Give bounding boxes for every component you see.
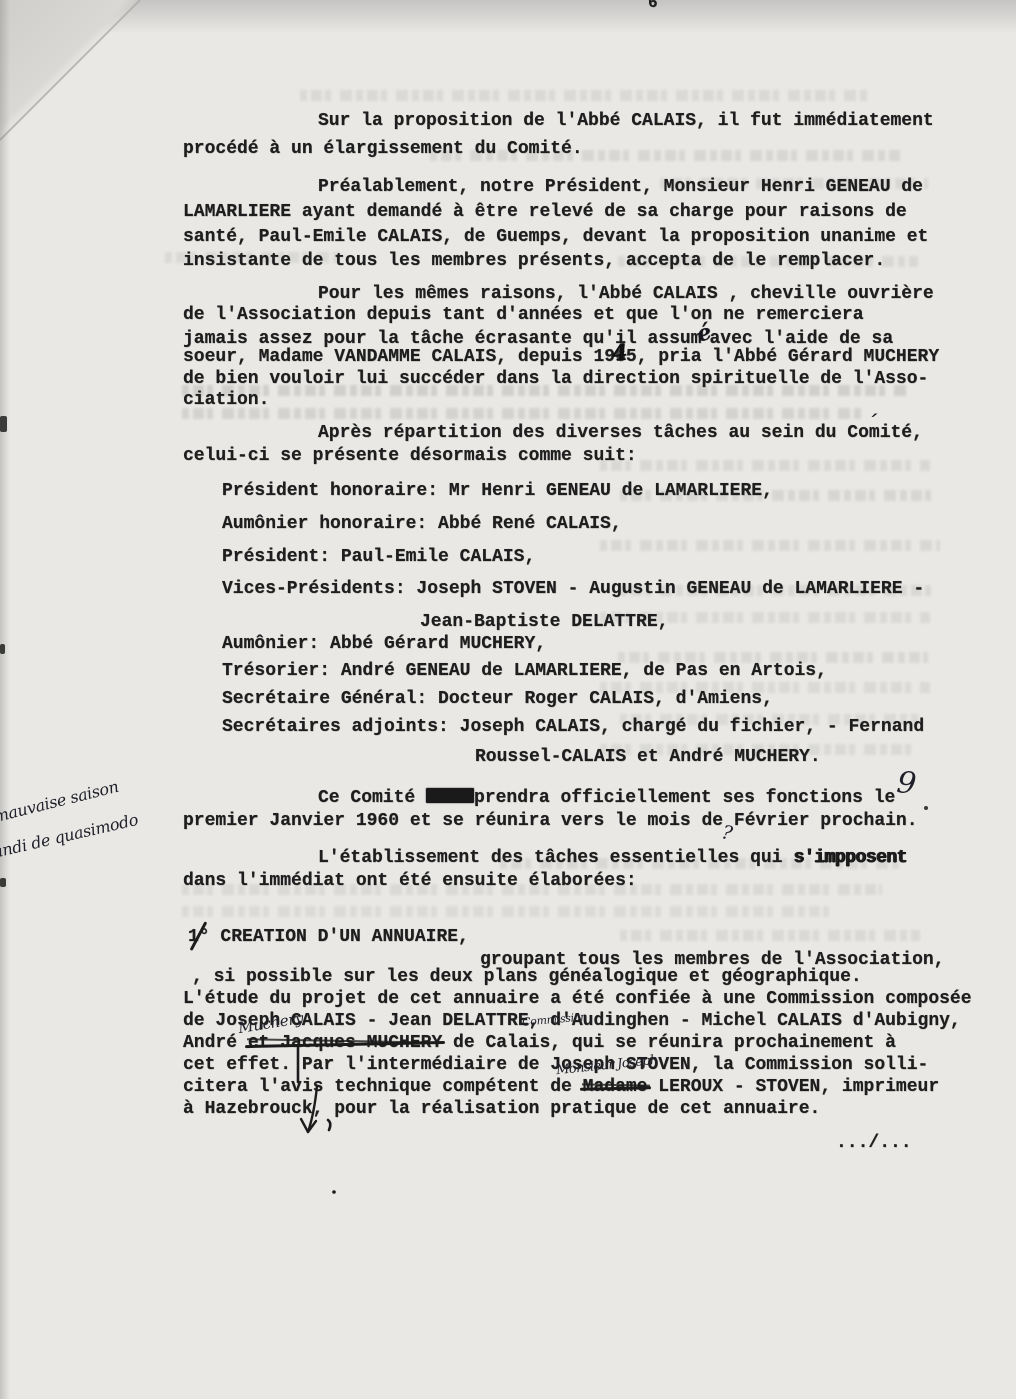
committee-line-6: Aumônier: Abbé Gérard MUCHERY,	[222, 633, 546, 655]
para1-line1: Sur la proposition de l'Abbé CALAIS, il …	[318, 110, 934, 132]
para5-line1-text: Ce Comité	[318, 788, 426, 808]
para3-line5: de bien vouloir lui succéder dans la dir…	[183, 368, 928, 390]
committee-line-1: Président honoraire: Mr Henri GENEAU de …	[222, 480, 773, 502]
committee-line-7: Trésorier: André GENEAU de LAMARLIERE, d…	[222, 660, 827, 682]
para2-line1: Préalablement, notre Président, Monsieur…	[318, 176, 923, 198]
top-edge-shadow	[0, 0, 1016, 34]
handwriting-year-correction: 4	[611, 341, 629, 364]
para1-line2: procédé à un élargissement du Comité.	[183, 138, 583, 160]
para5-line1: Ce Comité prendra officiellement ses fon…	[318, 787, 895, 809]
para2-line4: insistante de tous les membres présents,…	[183, 250, 885, 272]
bleedthrough-line	[182, 408, 862, 419]
heading-title: CREATION D'UN ANNUAIRE,	[210, 927, 469, 947]
para4-line1: Après répartition des diverses tâches au…	[318, 422, 923, 444]
para3-line6: ciation.	[183, 389, 269, 411]
bleedthrough-line	[182, 906, 832, 917]
para6-line1: L'établissement des tâches essentielles …	[318, 847, 907, 869]
corner-fold	[0, 0, 142, 142]
left-edge-shadow	[0, 0, 10, 1399]
para7-line3: L'étude du projet de cet annuaire a été …	[183, 988, 972, 1010]
scan-speck	[0, 416, 7, 432]
continuation-mark: .../...	[836, 1132, 912, 1154]
para3-line4-text2: 5, pria l'Abbé Gérard MUCHERY	[626, 347, 939, 367]
committee-line-4: Vices-Présidents: Joseph STOVEN - August…	[222, 578, 924, 600]
para2-line3: santé, Paul-Emile CALAIS, de Guemps, dev…	[183, 226, 928, 248]
handwriting-accent-mark: ´	[867, 410, 877, 434]
para5-line2: premier Janvier 1960 et se réunira vers …	[183, 810, 918, 832]
committee-line-5: Jean-Baptiste DELATTRE,	[420, 611, 668, 633]
para7-line5-text: André	[183, 1033, 248, 1053]
top-edge-mark: 6	[648, 0, 658, 14]
struck-through-madame: Madame	[583, 1076, 648, 1098]
overtyped-blot	[426, 788, 474, 803]
bleedthrough-line	[300, 90, 870, 101]
para3-line1: Pour les mêmes raisons, l'Abbé CALAIS , …	[318, 283, 934, 305]
bleedthrough-line	[600, 540, 940, 551]
typed-year-digit: 64	[615, 347, 626, 367]
para7-line6-text: cet effet.	[183, 1055, 291, 1075]
para7-line5-text2: de Calais, qui se réunira prochainement …	[442, 1033, 896, 1053]
para4-line2: celui-ci se présente désormais comme sui…	[183, 445, 637, 467]
handwriting-nine-squiggle: 9	[895, 765, 918, 802]
arrow-annotation	[288, 1040, 368, 1210]
handwriting-dot	[924, 806, 928, 810]
bleedthrough-line	[620, 930, 920, 941]
para6-line1-text: L'établissement des tâches essentielles …	[318, 848, 793, 868]
committee-line-3: Président: Paul-Emile CALAIS,	[222, 546, 535, 568]
para5-line1-text2: prendra officiellement ses fonctions le	[474, 788, 895, 808]
committee-line-2: Aumônier honoraire: Abbé René CALAIS,	[222, 513, 622, 535]
bleedthrough-line	[600, 460, 930, 471]
scan-speck	[0, 644, 5, 654]
para7-line7-text: citera l'avis technique compétent de	[183, 1077, 583, 1097]
committee-line-9: Secrétaires adjoints: Joseph CALAIS, cha…	[222, 716, 924, 738]
para7-line8: à Hazebrouck, pour la réalisation pratiq…	[183, 1098, 820, 1120]
para7-line2: , si possible sur les deux plans généalo…	[192, 966, 862, 988]
committee-line-10: Roussel-CALAIS et André MUCHERY.	[475, 746, 821, 768]
scan-speck	[0, 878, 6, 887]
para3-line2: de l'Association depuis tant d'années et…	[183, 304, 864, 326]
document-page: 6 Sur la proposition de l'Abbé CALAIS, i…	[0, 0, 1016, 1399]
para7-line7-text2: LEROUX - STOVEN, imprimeur	[647, 1077, 939, 1097]
para2-line2: LAMARLIERE ayant demandé à être relevé d…	[183, 201, 907, 223]
committee-line-8: Secrétaire Général: Docteur Roger CALAIS…	[222, 688, 773, 710]
para3-line4-text: soeur, Madame VANDAMME CALAIS, depuis 19	[183, 347, 615, 367]
para3-line4: soeur, Madame VANDAMME CALAIS, depuis 19…	[183, 346, 939, 368]
para6-line2: dans l'immédiat ont été ensuite élaborée…	[183, 870, 637, 892]
overtyped-word: s'impposent	[793, 848, 906, 868]
section-heading: 1° CREATION D'UN ANNUAIRE,	[188, 926, 469, 948]
